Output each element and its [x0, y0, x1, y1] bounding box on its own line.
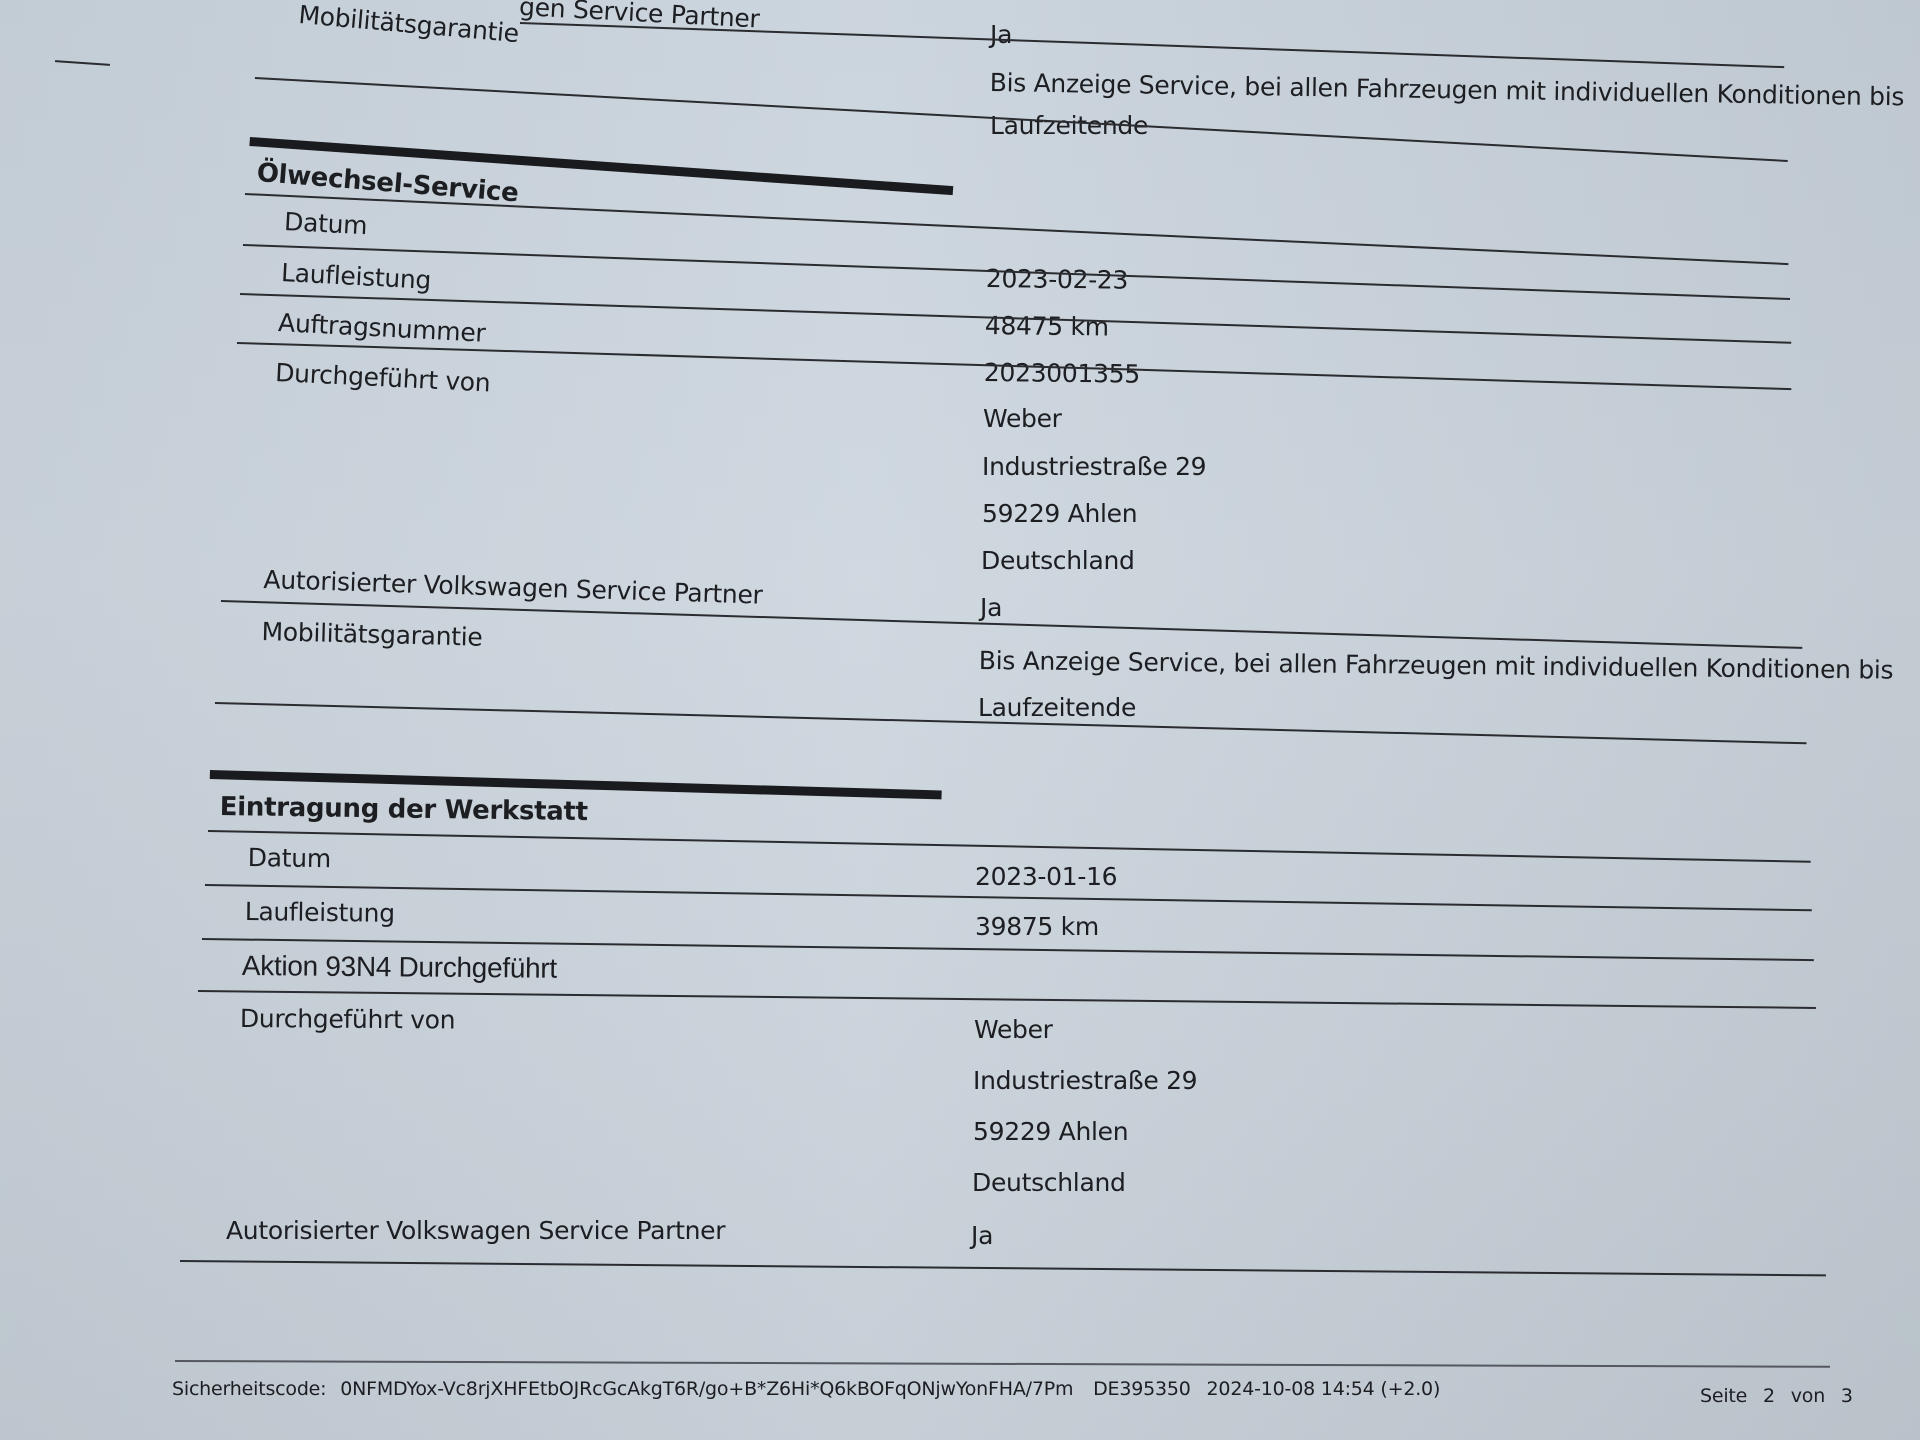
row-divider — [520, 22, 1784, 68]
entry-value-address-city: 59229 Ahlen — [973, 1117, 1128, 1146]
row-divider — [180, 1260, 1826, 1276]
entry-value-datum: 2023-01-16 — [975, 862, 1117, 891]
oil-value-auftragsnummer: 2023001355 — [984, 358, 1140, 389]
partner-value-top: Ja — [990, 20, 1012, 49]
entry-value-workshop-name: Weber — [974, 1015, 1053, 1044]
oil-label-datum: Datum — [283, 207, 367, 240]
oil-value-laufleistung: 48475 km — [985, 311, 1109, 342]
footer-rule — [175, 1360, 1830, 1368]
security-code-label: Sicherheitscode: — [172, 1378, 326, 1400]
page-label: Seite — [1700, 1385, 1747, 1407]
oil-value-address-city: 59229 Ahlen — [982, 499, 1137, 528]
oil-label-laufleistung: Laufleistung — [280, 258, 431, 295]
entry-label-aktion: Aktion 93N4 Durchgeführt — [242, 950, 557, 985]
oil-label-auftragsnummer: Auftragsnummer — [277, 308, 486, 348]
row-divider — [245, 193, 1789, 265]
page-current: 2 — [1763, 1385, 1775, 1407]
oil-value-mobility-line2: Laufzeitende — [978, 693, 1136, 722]
oil-value-address-country: Deutschland — [981, 546, 1135, 575]
oil-value-address-street: Industriestraße 29 — [982, 452, 1206, 481]
entry-value-partner: Ja — [971, 1221, 993, 1250]
footer-security-line: Sicherheitscode: 0NFMDYox-Vc8rjXHFEtbOJR… — [172, 1378, 1440, 1400]
entry-value-address-country: Deutschland — [972, 1168, 1126, 1197]
entry-value-address-street: Industriestraße 29 — [973, 1066, 1197, 1095]
entry-label-laufleistung: Laufleistung — [245, 897, 395, 928]
mobility-label-top: Mobilitätsgarantie — [297, 0, 520, 48]
oil-value-mobility-line1: Bis Anzeige Service, bei allen Fahrzeuge… — [979, 646, 1894, 685]
oil-value-workshop-name: Weber — [983, 404, 1062, 433]
entry-value-laufleistung: 39875 km — [975, 912, 1099, 941]
oil-value-partner: Ja — [980, 593, 1002, 622]
entry-label-durchgefuehrt: Durchgeführt von — [240, 1004, 456, 1035]
mobility-value-top-line1: Bis Anzeige Service, bei allen Fahrzeuge… — [990, 68, 1905, 111]
security-code-value: 0NFMDYox-Vc8rjXHFEtbOJRcGcAkgT6R/go+B*Z6… — [340, 1378, 1073, 1400]
document-id: DE395350 — [1093, 1378, 1191, 1400]
entry-label-partner: Autorisierter Volkswagen Service Partner — [226, 1216, 725, 1245]
oil-label-mobility: Mobilitätsgarantie — [261, 617, 483, 652]
page-total: 3 — [1841, 1385, 1853, 1407]
print-timestamp: 2024-10-08 14:54 (+2.0) — [1207, 1378, 1441, 1400]
margin-mark — [55, 60, 110, 66]
entry-label-datum: Datum — [248, 843, 331, 873]
page-indicator: Seite 2 von 3 — [1700, 1385, 1853, 1407]
oil-value-datum: 2023-02-23 — [986, 264, 1129, 295]
oil-label-durchgefuehrt: Durchgeführt von — [275, 358, 491, 397]
row-divider — [208, 830, 1811, 863]
page-of: von — [1791, 1385, 1825, 1407]
workshop-entry-heading: Eintragung der Werkstatt — [220, 792, 588, 827]
